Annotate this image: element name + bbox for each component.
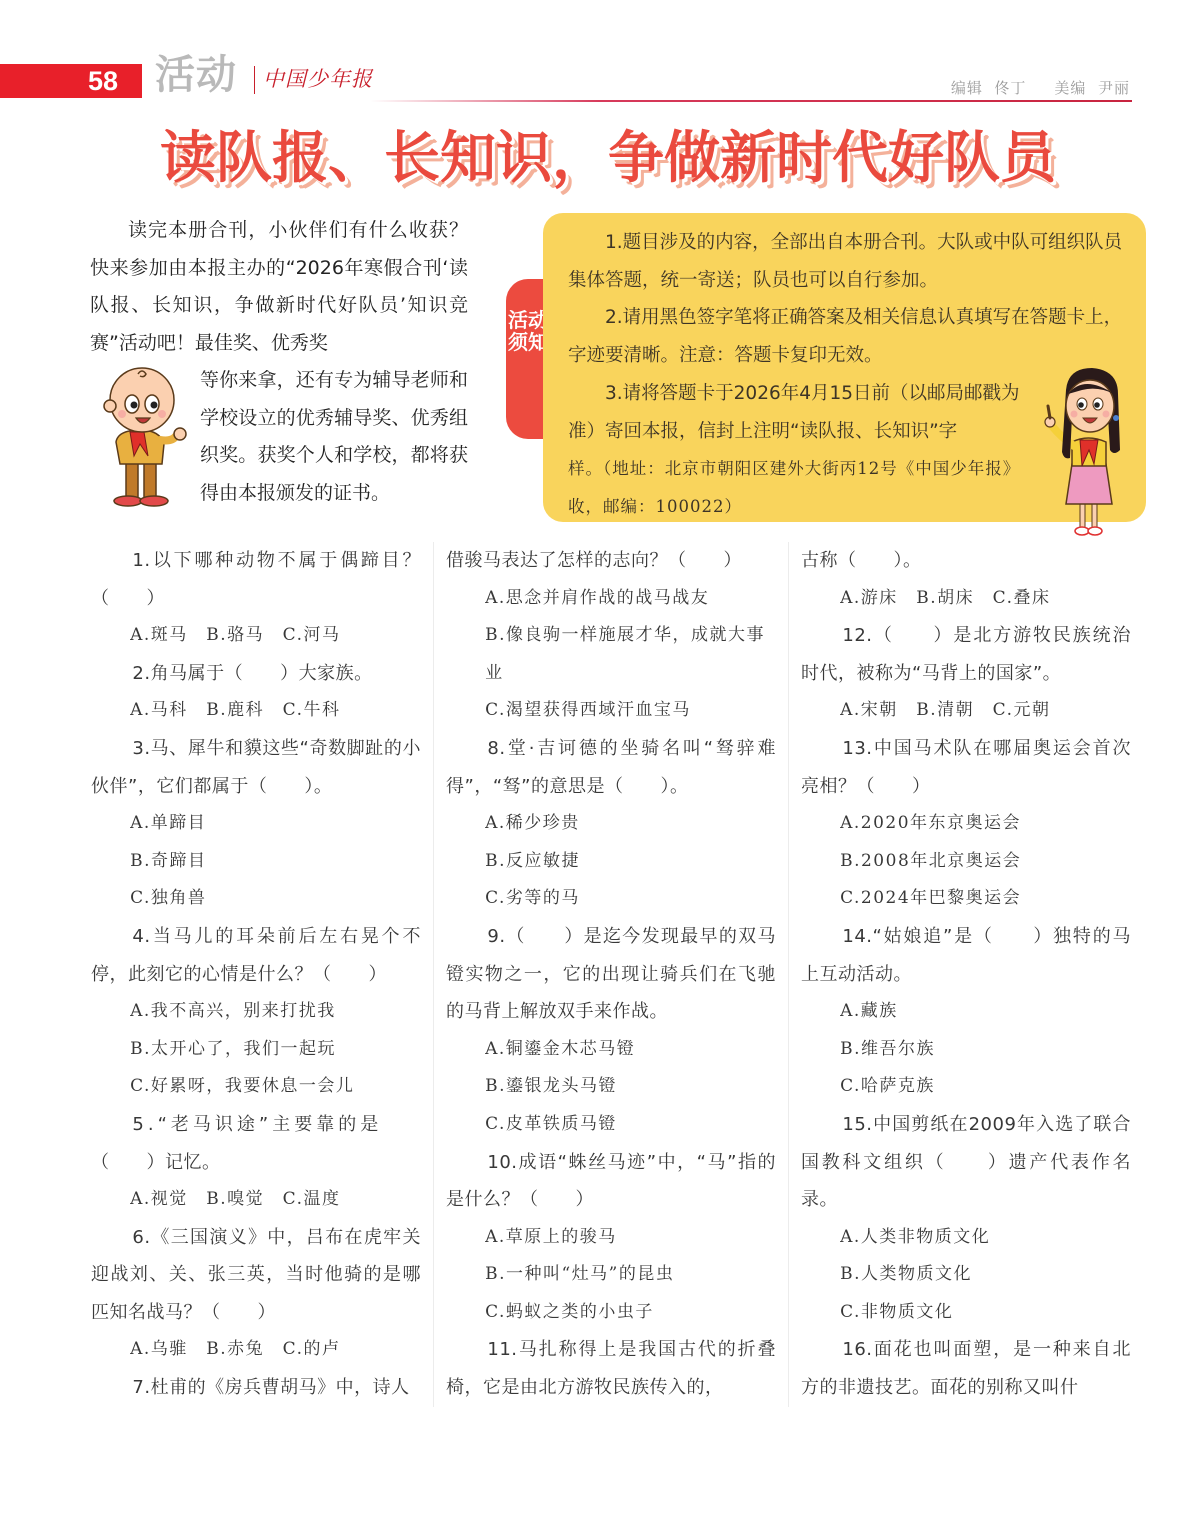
girl-mascot-illustration [1028, 360, 1148, 538]
question-text-cont: （ ）记忆。 [91, 1144, 421, 1182]
question-column-1: 1.以下哪种动物不属于偶蹄目？（ ） A.斑马 B.骆马 C.河马 2.角马属于… [91, 542, 421, 1407]
question-12: 12.（ ）是北方游牧民族统治时代，被称为“马背上的国家”。 A.宋朝 B.清朝… [801, 617, 1131, 730]
option-b: B.鎏银龙头马镫 [446, 1068, 776, 1106]
rule-address: 样。（地址：北京市朝阳区建外大街丙12号《中国少年报》收，邮编：100022） [568, 450, 1023, 525]
column-divider [433, 542, 434, 1407]
option-c: C.好累呀，我要休息一会儿 [91, 1068, 421, 1106]
question-text: 11.马扎称得上是我国古代的折叠椅，它是由北方游牧民族传入的， [446, 1331, 776, 1406]
option-a: A.2020年东京奥运会 [801, 805, 1131, 843]
option-b: B.奇蹄目 [91, 843, 421, 881]
option-c: C.渴望获得西域汗血宝马 [446, 692, 776, 730]
editor-label: 编辑 [951, 79, 983, 97]
question-text: 4.当马儿的耳朵前后左右晃个不停，此刻它的心情是什么？（ ） [91, 918, 421, 993]
question-text: 10.成语“蛛丝马迹”中，“马”指的是什么？（ ） [446, 1144, 776, 1219]
option-a: A.稀少珍贵 [446, 805, 776, 843]
question-options: A.斑马 B.骆马 C.河马 [91, 617, 421, 655]
question-11-start: 11.马扎称得上是我国古代的折叠椅，它是由北方游牧民族传入的， [446, 1331, 776, 1406]
question-text: 14.“姑娘追”是（ ）独特的马上互动活动。 [801, 918, 1131, 993]
rule-item-3: 3.请将答题卡于2026年4月15日前（以邮局邮戳为准）寄回本报，信封上注明“读… [568, 375, 1023, 450]
option-b: B.人类物质文化 [801, 1256, 1131, 1294]
question-9: 9.（ ）是迄今发现最早的双马镫实物之一，它的出现让骑兵们在飞驰的马背上解放双手… [446, 918, 776, 1144]
option-c: C.2024年巴黎奥运会 [801, 880, 1131, 918]
option-c: C.蚂蚁之类的小虫子 [446, 1294, 776, 1332]
question-text: 5.“老马识途”主要靠的是 [91, 1106, 421, 1144]
option-b: B.一种叫“灶马”的昆虫 [446, 1256, 776, 1294]
question-text-cont: 古称（ ）。 [801, 542, 1131, 580]
option-a: A.草原上的骏马 [446, 1219, 776, 1257]
question-options: A.乌骓 B.赤兔 C.的卢 [91, 1331, 421, 1369]
question-column-3: 古称（ ）。 A.游床 B.胡床 C.叠床 12.（ ）是北方游牧民族统治时代，… [801, 542, 1131, 1407]
question-14: 14.“姑娘追”是（ ）独特的马上互动活动。 A.藏族 B.维吾尔族 C.哈萨克… [801, 918, 1131, 1106]
question-3: 3.马、犀牛和貘这些“奇数脚趾的小伙伴”，它们都属于（ ）。 A.单蹄目 B.奇… [91, 730, 421, 918]
option-a: A.藏族 [801, 993, 1131, 1031]
question-1: 1.以下哪种动物不属于偶蹄目？（ ） A.斑马 B.骆马 C.河马 [91, 542, 421, 655]
boy-mascot-illustration [88, 360, 196, 508]
editor-credit: 编辑 佟丁 [951, 77, 1027, 98]
page-number: 58 [88, 64, 140, 98]
option-a: A.人类非物质文化 [801, 1219, 1131, 1257]
question-11-cont: 古称（ ）。 A.游床 B.胡床 C.叠床 [801, 542, 1131, 617]
question-text: 13.中国马术队在哪届奥运会首次亮相？（ ） [801, 730, 1131, 805]
question-text: 1.以下哪种动物不属于偶蹄目？（ ） [91, 542, 421, 617]
question-text: 16.面花也叫面塑，是一种来自北方的非遗技艺。面花的别称又叫什 [801, 1331, 1131, 1406]
option-c: C.非物质文化 [801, 1294, 1131, 1332]
question-text: 15.中国剪纸在2009年入选了联合国教科文组织（ ）遗产代表作名录。 [801, 1106, 1131, 1219]
question-8: 8.堂·吉诃德的坐骑名叫“驽骍难得”，“驽”的意思是（ ）。 A.稀少珍贵 B.… [446, 730, 776, 918]
question-text: 8.堂·吉诃德的坐骑名叫“驽骍难得”，“驽”的意思是（ ）。 [446, 730, 776, 805]
question-10: 10.成语“蛛丝马迹”中，“马”指的是什么？（ ） A.草原上的骏马 B.一种叫… [446, 1144, 776, 1332]
option-b: B.2008年北京奥运会 [801, 843, 1131, 881]
header-divider [254, 66, 255, 94]
option-c: C.皮革铁质马镫 [446, 1106, 776, 1144]
question-text: 12.（ ）是北方游牧民族统治时代，被称为“马背上的国家”。 [801, 617, 1131, 692]
option-a: A.单蹄目 [91, 805, 421, 843]
rule-item-1: 1.题目涉及的内容，全部出自本册合刊。大队或中队可组织队员集体答题，统一寄送；队… [568, 224, 1134, 299]
question-2: 2.角马属于（ ）大家族。 A.马科 B.鹿科 C.牛科 [91, 655, 421, 730]
question-column-2: 借骏马表达了怎样的志向？（ ） A.思念并肩作战的战马战友 B.像良驹一样施展才… [446, 542, 776, 1407]
option-b: B.太开心了，我们一起玩 [91, 1031, 421, 1069]
headline: 读队报、长知识，争做新时代好队员 [160, 124, 1080, 194]
masthead-logo: 中国少年报 [263, 64, 373, 94]
option-a: A.铜鎏金木芯马镫 [446, 1031, 776, 1069]
question-options: A.马科 B.鹿科 C.牛科 [91, 692, 421, 730]
question-text: 7.杜甫的《房兵曹胡马》中，诗人 [91, 1369, 421, 1407]
question-7-cont: 借骏马表达了怎样的志向？（ ） A.思念并肩作战的战马战友 B.像良驹一样施展才… [446, 542, 776, 730]
question-text: 9.（ ）是迄今发现最早的双马镫实物之一，它的出现让骑兵们在飞驰的马背上解放双手… [446, 918, 776, 1031]
question-4: 4.当马儿的耳朵前后左右晃个不停，此刻它的心情是什么？（ ） A.我不高兴，别来… [91, 918, 421, 1106]
option-b: B.维吾尔族 [801, 1031, 1131, 1069]
designer-name: 尹丽 [1098, 79, 1130, 97]
question-options: A.宋朝 B.清朝 C.元朝 [801, 692, 1131, 730]
column-divider [788, 542, 789, 1407]
question-text-cont: 借骏马表达了怎样的志向？（ ） [446, 542, 776, 580]
question-16: 16.面花也叫面塑，是一种来自北方的非遗技艺。面花的别称又叫什 [801, 1331, 1131, 1406]
option-a: A.我不高兴，别来打扰我 [91, 993, 421, 1031]
question-7-start: 7.杜甫的《房兵曹胡马》中，诗人 [91, 1369, 421, 1407]
question-13: 13.中国马术队在哪届奥运会首次亮相？（ ） A.2020年东京奥运会 B.20… [801, 730, 1131, 918]
question-options: A.游床 B.胡床 C.叠床 [801, 580, 1131, 618]
intro-paragraph-bottom: 等你来拿，还有专为辅导老师和学校设立的优秀辅导奖、优秀组织奖。获奖个人和学校，都… [200, 362, 468, 512]
intro-paragraph-top: 读完本册合刊，小伙伴们有什么收获？快来参加由本报主办的“2026年寒假合刊‘读队… [90, 212, 468, 362]
option-a: A.思念并肩作战的战马战友 [446, 580, 776, 618]
question-options: A.视觉 B.嗅觉 C.温度 [91, 1181, 421, 1219]
designer-label: 美编 [1054, 79, 1086, 97]
designer-credit: 美编 尹丽 [1054, 77, 1130, 98]
option-c: C.劣等的马 [446, 880, 776, 918]
header-rule [370, 100, 1132, 102]
option-b: B.像良驹一样施展才华，成就大事业 [446, 617, 776, 692]
question-5: 5.“老马识途”主要靠的是 （ ）记忆。 A.视觉 B.嗅觉 C.温度 [91, 1106, 421, 1219]
credits: 编辑 佟丁 美编 尹丽 [951, 77, 1130, 98]
question-6: 6.《三国演义》中，吕布在虎牢关迎战刘、关、张三英，当时他骑的是哪匹知名战马？（… [91, 1219, 421, 1369]
option-c: C.独角兽 [91, 880, 421, 918]
section-title: 活动 [155, 50, 237, 100]
question-text: 6.《三国演义》中，吕布在虎牢关迎战刘、关、张三英，当时他骑的是哪匹知名战马？（… [91, 1219, 421, 1332]
editor-name: 佟丁 [994, 79, 1026, 97]
option-c: C.哈萨克族 [801, 1068, 1131, 1106]
question-text: 3.马、犀牛和貘这些“奇数脚趾的小伙伴”，它们都属于（ ）。 [91, 730, 421, 805]
option-b: B.反应敏捷 [446, 843, 776, 881]
question-15: 15.中国剪纸在2009年入选了联合国教科文组织（ ）遗产代表作名录。 A.人类… [801, 1106, 1131, 1332]
question-text: 2.角马属于（ ）大家族。 [91, 655, 421, 693]
